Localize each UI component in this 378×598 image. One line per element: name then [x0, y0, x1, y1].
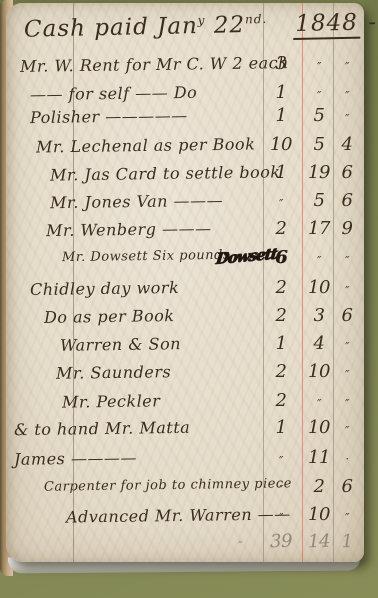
entry-description: Mr. Jas Card to settle book	[50, 162, 281, 184]
amount-shillings: 3	[304, 305, 334, 326]
amount-shillings: 17	[304, 218, 334, 239]
amount-shillings: 10	[304, 504, 334, 525]
page-title: Cash paid Jany 22nd.1848 -	[24, 9, 378, 42]
amount-pounds: ″	[259, 197, 303, 211]
amount-pounds: 1	[259, 417, 303, 438]
amount-shillings: 5	[304, 190, 334, 211]
amount-shillings: ″	[304, 397, 334, 411]
ledger-entry-row: Advanced Mr. Warren ——″10″	[6, 506, 364, 532]
amount-pounds: 2	[259, 361, 303, 382]
entry-description: Mr. Jones Van ———	[50, 191, 223, 212]
amount-pounds: 10	[259, 134, 303, 155]
title-prefix: Cash paid Jan	[24, 13, 198, 43]
amount-shillings: 4	[304, 333, 334, 354]
amount-pounds: 2	[259, 277, 303, 298]
amount-shillings: 19	[304, 162, 334, 183]
total-row: ″ 39 14 1	[6, 533, 364, 559]
amount-pence: ″	[334, 89, 360, 103]
entry-description: James ————	[14, 448, 137, 469]
amount-pence: ″	[334, 112, 360, 126]
ledger-entry-row: & to hand Mr. Matta110″	[6, 419, 364, 445]
ledger-entry-row: Mr. Jas Card to settle book1196	[6, 164, 364, 190]
ledger-entry-row: Do as per Book236	[6, 307, 364, 333]
entry-description: Chidley day work	[30, 278, 179, 299]
ledger-entry-row: Mr. Saunders210″	[6, 363, 364, 389]
amount-pence: ″	[334, 340, 360, 354]
amount-shillings: ″	[304, 254, 334, 268]
entry-description: Mr. Dowsett Six pounds	[62, 248, 230, 265]
amount-shillings: 2	[304, 476, 334, 497]
amount-pence: 4	[334, 134, 360, 155]
amount-pence: 6	[334, 162, 360, 183]
amount-shillings: 10	[304, 361, 334, 382]
amount-pounds: 2	[259, 218, 303, 239]
ledger-entry-row: Polisher —————15″	[6, 107, 364, 133]
amount-pounds: 1	[259, 82, 303, 103]
entry-description: Mr. W. Rent for Mr C. W 2 each	[20, 53, 289, 76]
total-premark: ″	[238, 539, 242, 553]
amount-pence: ″	[334, 424, 360, 438]
amount-pence: ″	[334, 511, 360, 525]
amount-pounds: 1	[259, 333, 303, 354]
ledger-entry-row: Warren & Son14″	[6, 335, 364, 361]
amount-pounds: 1	[259, 162, 303, 183]
total-pounds: 39	[259, 530, 304, 553]
amount-pounds: 1	[259, 105, 303, 126]
amount-shillings: 11	[304, 447, 334, 468]
entry-description: Warren & Son	[60, 334, 181, 355]
total-shillings: 14	[304, 530, 335, 552]
title-year: 1848	[293, 10, 360, 40]
amount-shillings: 10	[304, 417, 334, 438]
ledger-entry-row: Mr. W. Rent for Mr C. W 2 each3″″	[6, 55, 364, 81]
amount-shillings: 5	[304, 105, 334, 126]
title-day: 22	[205, 12, 245, 39]
title-sup-nd: nd.	[245, 12, 268, 26]
amount-pounds: ″	[259, 483, 303, 497]
entry-description: Do as per Book	[44, 306, 175, 327]
amount-pence: ″	[334, 254, 360, 268]
amount-pence: 9	[334, 218, 360, 239]
amount-pence: ″	[334, 397, 360, 411]
amount-pounds: ″	[259, 511, 303, 525]
ledger-photo: Cash paid Jany 22nd.1848 - Mr. W. Rent f…	[0, 0, 378, 598]
amount-pence: ·	[334, 452, 360, 466]
ledger-entry-row: James ————″11·	[6, 449, 364, 475]
entry-description: Mr. Lechenal as per Book	[36, 134, 256, 156]
amount-pence: 6	[334, 476, 360, 497]
amount-pounds: 3	[259, 53, 303, 74]
amount-pounds: 2	[259, 390, 303, 411]
ledger-entry-row: Mr. Peckler2″″	[6, 392, 364, 418]
ledger-entry-row: Carpenter for job to chimney piece″26	[6, 478, 364, 504]
entry-description: Mr. Peckler	[62, 391, 161, 411]
amount-shillings: 10	[304, 277, 334, 298]
entry-description: Polisher —————	[30, 106, 188, 127]
title-dash: -	[360, 9, 378, 35]
amount-pence: ″	[334, 368, 360, 382]
amount-pounds: ″	[259, 454, 303, 468]
total-pence: 1	[334, 531, 361, 553]
amount-shillings: 5	[304, 134, 334, 155]
ledger-entry-row: Mr. Dowsett Six poundsDowsett6″″	[6, 249, 364, 275]
amount-pence: 6	[334, 190, 360, 211]
amount-pounds: 6	[259, 247, 303, 268]
entry-description: —— for self —— Do	[30, 83, 197, 104]
ledger-entry-row: Chidley day work210″	[6, 279, 364, 305]
ledger-entry-row: Mr. Lechenal as per Book1054	[6, 136, 364, 162]
amount-pounds: 2	[259, 305, 303, 326]
amount-pence: ″	[334, 284, 360, 298]
ledger-entry-row: Mr. Jones Van ———″56	[6, 192, 364, 218]
amount-shillings: ″	[304, 89, 334, 103]
entry-description: Advanced Mr. Warren ——	[66, 504, 291, 526]
entry-description: & to hand Mr. Matta	[14, 418, 190, 439]
amount-pence: ″	[334, 60, 360, 74]
entry-description: Mr. Wenberg ———	[46, 219, 212, 240]
amount-shillings: ″	[304, 60, 334, 74]
amount-pence: 6	[334, 305, 360, 326]
ledger-entry-row: Mr. Wenberg ———2179	[6, 220, 364, 246]
entry-description: Carpenter for job to chimney piece	[44, 476, 292, 494]
ledger-page: Cash paid Jany 22nd.1848 - Mr. W. Rent f…	[6, 3, 364, 562]
entry-description: Mr. Saunders	[56, 362, 171, 383]
